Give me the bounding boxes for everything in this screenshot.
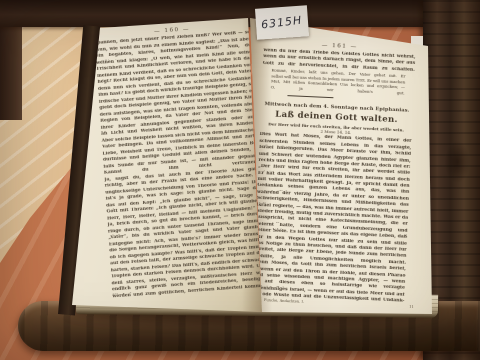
right-page: — 161 — wenn du nur dem Triebe des Geist… bbox=[246, 12, 436, 318]
section-divider-rule bbox=[287, 95, 333, 98]
right-page-text: — 161 — wenn du nur dem Triebe des Geist… bbox=[252, 39, 416, 305]
handwritten-code: 6315H bbox=[261, 14, 304, 32]
book-photo: — 160 — spannen, den jetzt unser Pferd z… bbox=[0, 0, 480, 360]
inventory-tag: 6315H bbox=[255, 5, 309, 40]
left-page-text: — 160 — spannen, den jetzt unser Pferd z… bbox=[94, 21, 268, 300]
right-page-body: Dies Wort hat Moses, der Mann Gottes, in… bbox=[252, 132, 411, 305]
sheet-signature-number: 11 bbox=[409, 305, 414, 309]
left-page-body: spannen, den jetzt unser Pferd ziehen mu… bbox=[95, 30, 268, 300]
